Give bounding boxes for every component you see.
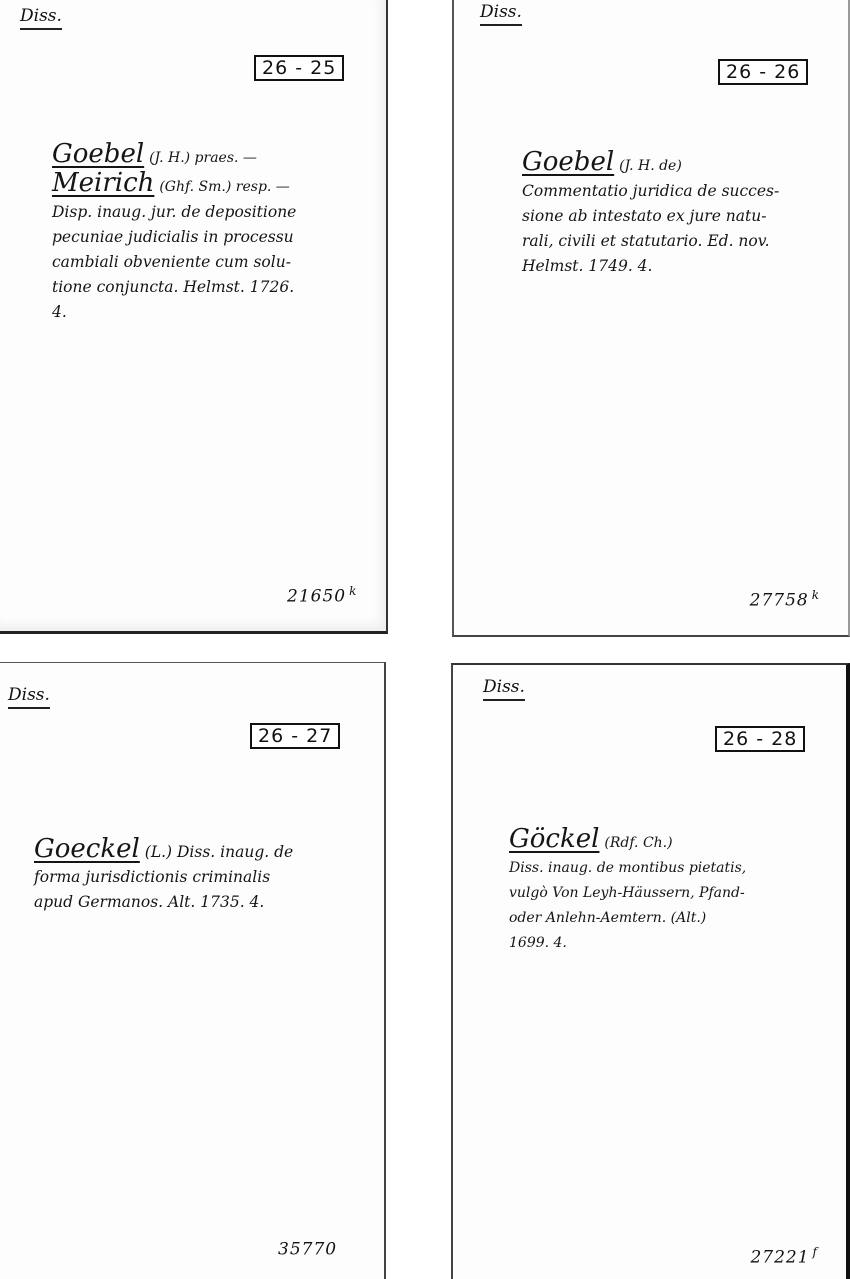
entry-text: (J. H.) praes. — <box>149 150 257 166</box>
entry-text: (Ghf. Sm.) resp. — <box>159 179 290 195</box>
entry-line: Meirich (Ghf. Sm.) resp. — <box>52 171 372 200</box>
bibliographic-entry: Goeckel (L.) Diss. inaug. de forma juris… <box>34 837 364 915</box>
bibliographic-entry: Göckel (Rdf. Ch.) Diss. inaug. de montib… <box>509 827 849 956</box>
author-headword: Goeckel <box>34 834 140 864</box>
accession-digits: 21650 <box>287 587 346 607</box>
entry-line: 1699. 4. <box>509 931 849 956</box>
bibliographic-entry: Goebel (J. H. de) Commentatio juridica d… <box>522 150 847 279</box>
entry-line: oder Anlehn-Aemtern. (Alt.) <box>509 906 849 931</box>
section-mark: Diss. <box>20 6 62 30</box>
entry-line: Göckel (Rdf. Ch.) <box>509 827 849 856</box>
entry-line: cambiali obveniente cum solu- <box>52 250 372 275</box>
entry-text: (J. H. de) <box>619 158 682 174</box>
entry-line: rali, civili et statutario. Ed. nov. <box>522 229 847 254</box>
accession-digits: 27221 <box>750 1248 809 1268</box>
entry-line: vulgò Von Leyh-Häussern, Pfand- <box>509 881 849 906</box>
catalog-card-26-26: Diss. 26 - 26 Goebel (J. H. de) Commenta… <box>452 0 850 637</box>
entry-line: tione conjuncta. Helmst. 1726. <box>52 275 372 300</box>
entry-line: sione ab intestato ex jure natu- <box>522 204 847 229</box>
entry-line: Diss. inaug. de montibus pietatis, <box>509 856 849 881</box>
accession-number: 35770 <box>278 1237 340 1260</box>
bibliographic-entry: Goebel (J. H.) praes. — Meirich (Ghf. Sm… <box>52 142 372 325</box>
entry-line: 4. <box>52 300 372 325</box>
entry-line: Helmst. 1749. 4. <box>522 254 847 279</box>
entry-line: forma jurisdictionis criminalis <box>34 865 364 890</box>
author-headword: Goebel <box>52 139 144 169</box>
catalog-card-26-25: Diss. 26 - 25 Goebel (J. H.) praes. — Me… <box>0 0 388 634</box>
accession-digits: 27758 <box>750 591 809 611</box>
entry-line: Disp. inaug. jur. de depositione <box>52 200 372 225</box>
accession-suffix: k <box>349 584 357 598</box>
accession-number: 21650k <box>287 584 357 607</box>
entry-text: (L.) Diss. inaug. de <box>145 843 293 861</box>
entry-line: apud Germanos. Alt. 1735. 4. <box>34 890 364 915</box>
entry-line: Commentatio juridica de succes- <box>522 179 847 204</box>
entry-line: Goeckel (L.) Diss. inaug. de <box>34 837 364 865</box>
entry-text: (Rdf. Ch.) <box>604 835 672 851</box>
respondent-headword: Meirich <box>52 168 154 198</box>
call-number: 26 - 26 <box>718 59 808 85</box>
entry-line: Goebel (J. H. de) <box>522 150 847 179</box>
catalog-card-26-28: Diss. 26 - 28 Göckel (Rdf. Ch.) Diss. in… <box>451 663 850 1279</box>
section-mark: Diss. <box>8 685 50 709</box>
call-number: 26 - 25 <box>254 55 344 81</box>
call-number: 26 - 28 <box>715 726 805 752</box>
call-number: 26 - 27 <box>250 723 340 749</box>
entry-line: pecuniae judicialis in processu <box>52 225 372 250</box>
section-mark: Diss. <box>480 2 522 26</box>
accession-number: 27758k <box>750 588 820 611</box>
catalog-card-26-27: Diss. 26 - 27 Goeckel (L.) Diss. inaug. … <box>0 662 386 1279</box>
entry-line: Goebel (J. H.) praes. — <box>52 142 372 171</box>
author-headword: Göckel <box>509 824 599 854</box>
accession-suffix: f <box>813 1245 818 1259</box>
accession-suffix: k <box>812 588 820 602</box>
author-headword: Goebel <box>522 147 614 177</box>
section-mark: Diss. <box>483 677 525 701</box>
accession-number: 27221f <box>750 1245 818 1268</box>
accession-digits: 35770 <box>278 1240 337 1260</box>
